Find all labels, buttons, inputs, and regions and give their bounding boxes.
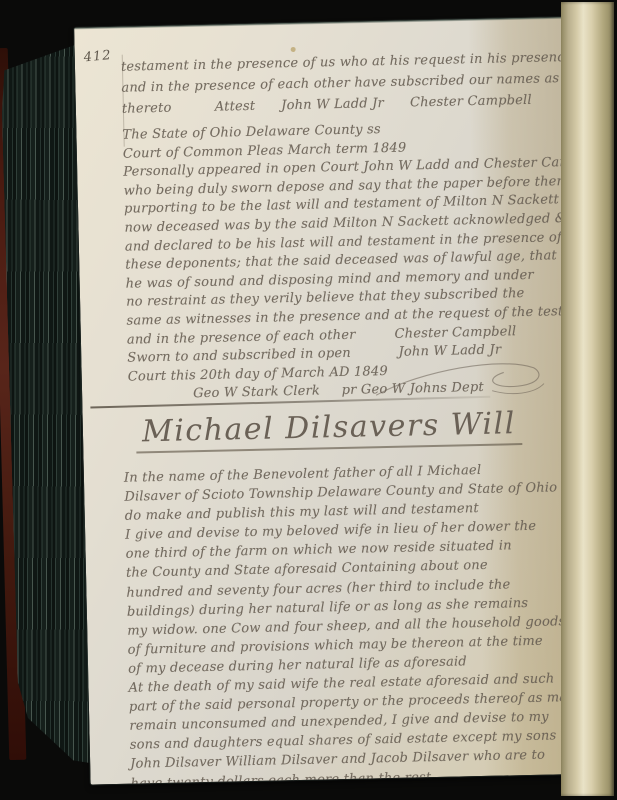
will-attestation-continuation: testament in the presence of us who at h… [121,47,562,120]
record-page: 412 testament in the presence of us who … [74,17,582,785]
page-number: 412 [83,48,112,65]
will-title-text: Michael Dilsavers Will [136,406,523,453]
will-section-title: Michael Dilsavers Will [83,405,576,451]
will-body-text: In the name of the Benevolent father of … [124,459,583,785]
book-fore-edge [561,2,614,796]
paper-stain [291,47,296,52]
record-book-photo: 412 testament in the presence of us who … [0,0,617,800]
